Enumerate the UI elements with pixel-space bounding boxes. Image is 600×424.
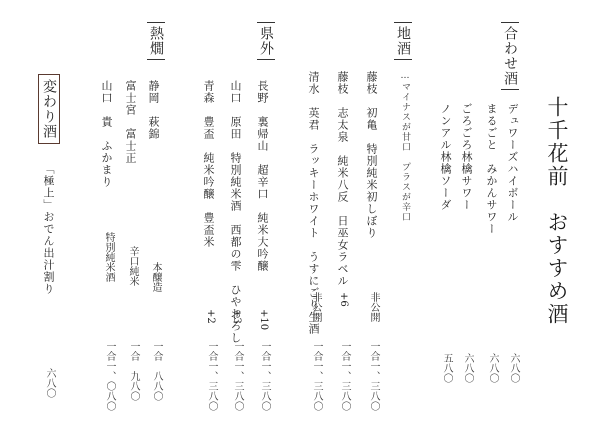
jizake-sweetness: 非公開 bbox=[368, 292, 378, 322]
kengai-item: 長野 裏帰山 超辛口 純米大吟醸 bbox=[257, 80, 268, 272]
awase-item: ノンアル林檎ソーダ bbox=[440, 103, 451, 211]
atsukan-grade: 本醸造 bbox=[150, 262, 160, 292]
jizake-sweetness-note: …マイナスが甘口 プラスが辛口 bbox=[400, 71, 409, 222]
awase-price: 五八〇 bbox=[441, 353, 451, 383]
section-header-awase: 合わせ酒 bbox=[501, 22, 519, 90]
section-header-kengai: 県外 bbox=[257, 22, 275, 60]
kengai-sweetness: +3 bbox=[231, 309, 241, 324]
kengai-price: 一合一、三八〇 bbox=[232, 341, 242, 411]
kengai-price: 一合一、三八〇 bbox=[206, 341, 216, 411]
awase-price: 六八〇 bbox=[487, 353, 497, 383]
section-header-atsukan: 熱燗 bbox=[147, 22, 165, 60]
kawari-price: 六八〇 bbox=[44, 368, 54, 398]
jizake-item: 藤枝 志太泉 純米八反 日巫女ラベル bbox=[337, 71, 348, 287]
section-header-kawari: 変わり酒 bbox=[38, 74, 60, 144]
kengai-price: 一合一、三八〇 bbox=[259, 341, 269, 411]
kawari-item: 「極上」おでん出汁割り bbox=[43, 163, 54, 295]
kengai-sweetness: +2 bbox=[205, 309, 215, 324]
awase-item: まるごと みかんサワー bbox=[486, 103, 497, 235]
section-header-jizake: 地酒 bbox=[394, 22, 412, 60]
jizake-price: 一合一、三八〇 bbox=[339, 341, 349, 411]
atsukan-grade: 辛口純米 bbox=[127, 246, 137, 286]
atsukan-price: 一合 八八〇 bbox=[151, 341, 161, 401]
atsukan-item: 静岡 萩錦 bbox=[148, 80, 159, 140]
awase-item: ごろごろ林檎サワー bbox=[461, 103, 472, 211]
kengai-item: 山口 原田 特別純米酒 西都の雫 ひやおろし bbox=[230, 80, 241, 344]
menu-title: 十千花前 おすすめ酒 bbox=[546, 96, 567, 326]
jizake-price: 一合一、三八〇 bbox=[368, 341, 378, 411]
atsukan-item: 富士宮 富士正 bbox=[125, 80, 136, 164]
kengai-item: 青森 豊盃 純米吟醸 豊盃米 bbox=[203, 80, 214, 248]
kengai-sweetness: +10 bbox=[258, 309, 268, 330]
atsukan-grade: 特別純米酒 bbox=[103, 232, 113, 282]
atsukan-price: 一合 九八〇 bbox=[128, 341, 138, 401]
awase-item: デュワーズハイボール bbox=[507, 103, 518, 223]
atsukan-item: 山口 貴 ふかまり bbox=[101, 80, 112, 188]
jizake-price: 一合一、三八〇 bbox=[311, 341, 321, 411]
jizake-sweetness: 非公開 bbox=[310, 292, 320, 322]
atsukan-price: 一合一、〇八〇 bbox=[104, 341, 114, 411]
awase-price: 六八〇 bbox=[508, 353, 518, 383]
jizake-item: 藤枝 初亀 特別純米初しぼり bbox=[366, 71, 377, 239]
awase-price: 六八〇 bbox=[462, 353, 472, 383]
jizake-sweetness: +6 bbox=[338, 292, 348, 307]
